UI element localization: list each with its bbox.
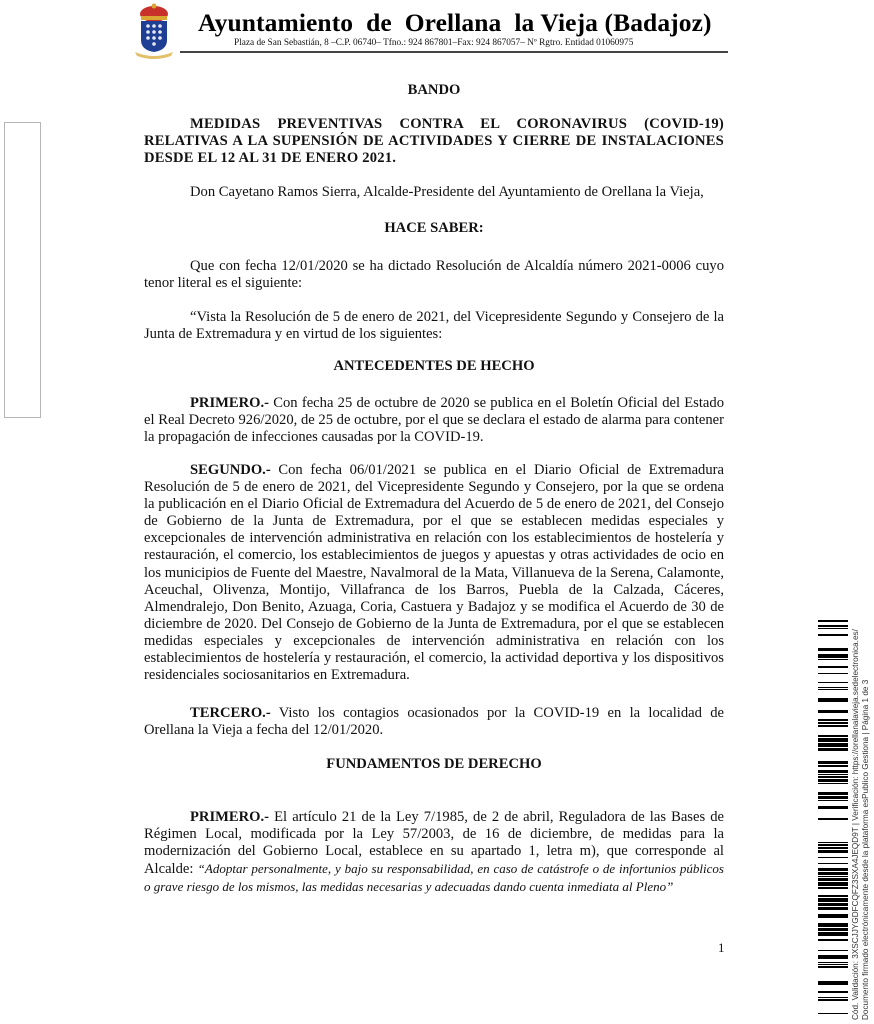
paragraph-vista-text: “Vista la Resolución de 5 de enero de 20… xyxy=(144,309,724,343)
document-type-heading: BANDO xyxy=(144,82,724,99)
coat-of-arms-icon xyxy=(131,2,177,60)
antecedente-item: PRIMERO.- Con fecha 25 de octubre de 202… xyxy=(144,395,724,446)
header-divider xyxy=(180,51,728,53)
paragraph-resolution: Que con fecha 12/01/2020 se ha dictado R… xyxy=(144,258,724,292)
page-number: 1 xyxy=(718,940,725,956)
item-label: TERCERO.- xyxy=(190,705,271,721)
antecedente-item: SEGUNDO.- Con fecha 06/01/2021 se public… xyxy=(144,462,724,684)
item-label: PRIMERO.- xyxy=(190,809,269,825)
document-title-text: MEDIDAS PREVENTIVAS CONTRA EL CORONAVIRU… xyxy=(144,116,724,167)
paragraph-vista: “Vista la Resolución de 5 de enero de 20… xyxy=(144,309,724,343)
margin-box xyxy=(4,122,41,418)
validation-code-text: Cód. Validación: 3XSCJJYGDFCQFZ3SXA4JEQD… xyxy=(851,629,861,1020)
item-text: Con fecha 06/01/2021 se publica en el Di… xyxy=(144,462,724,683)
intro-paragraph: Don Cayetano Ramos Sierra, Alcalde-Presi… xyxy=(144,184,724,201)
document-title: MEDIDAS PREVENTIVAS CONTRA EL CORONAVIRU… xyxy=(144,116,724,167)
paragraph-resolution-text: Que con fecha 12/01/2020 se ha dictado R… xyxy=(144,258,724,292)
validation-barcode xyxy=(818,620,848,1020)
validation-stamp: Cód. Validación: 3XSCJJYGDFCQFZ3SXA4JEQD… xyxy=(851,629,871,1020)
legal-quote: “Adoptar personalmente, y bajo su respon… xyxy=(144,861,724,894)
header-title: Ayuntamiento de Orellana la Vieja (Badaj… xyxy=(198,8,712,38)
fundamentos-heading: FUNDAMENTOS DE DERECHO xyxy=(144,756,724,773)
header-address: Plaza de San Sebastián, 8 –C.P. 06740– T… xyxy=(234,38,633,48)
item-label: SEGUNDO.- xyxy=(190,462,271,478)
antecedentes-heading: ANTECEDENTES DE HECHO xyxy=(144,358,724,375)
fundamento-item: PRIMERO.- El artículo 21 de la Ley 7/198… xyxy=(144,809,724,896)
item-label: PRIMERO.- xyxy=(190,395,269,411)
antecedente-item: TERCERO.- Visto los contagios ocasionado… xyxy=(144,705,724,739)
intro-text: Don Cayetano Ramos Sierra, Alcalde-Presi… xyxy=(144,184,724,201)
hace-saber-heading: HACE SABER: xyxy=(144,220,724,237)
signature-platform-text: Documento firmado electrónicamente desde… xyxy=(861,629,871,1020)
